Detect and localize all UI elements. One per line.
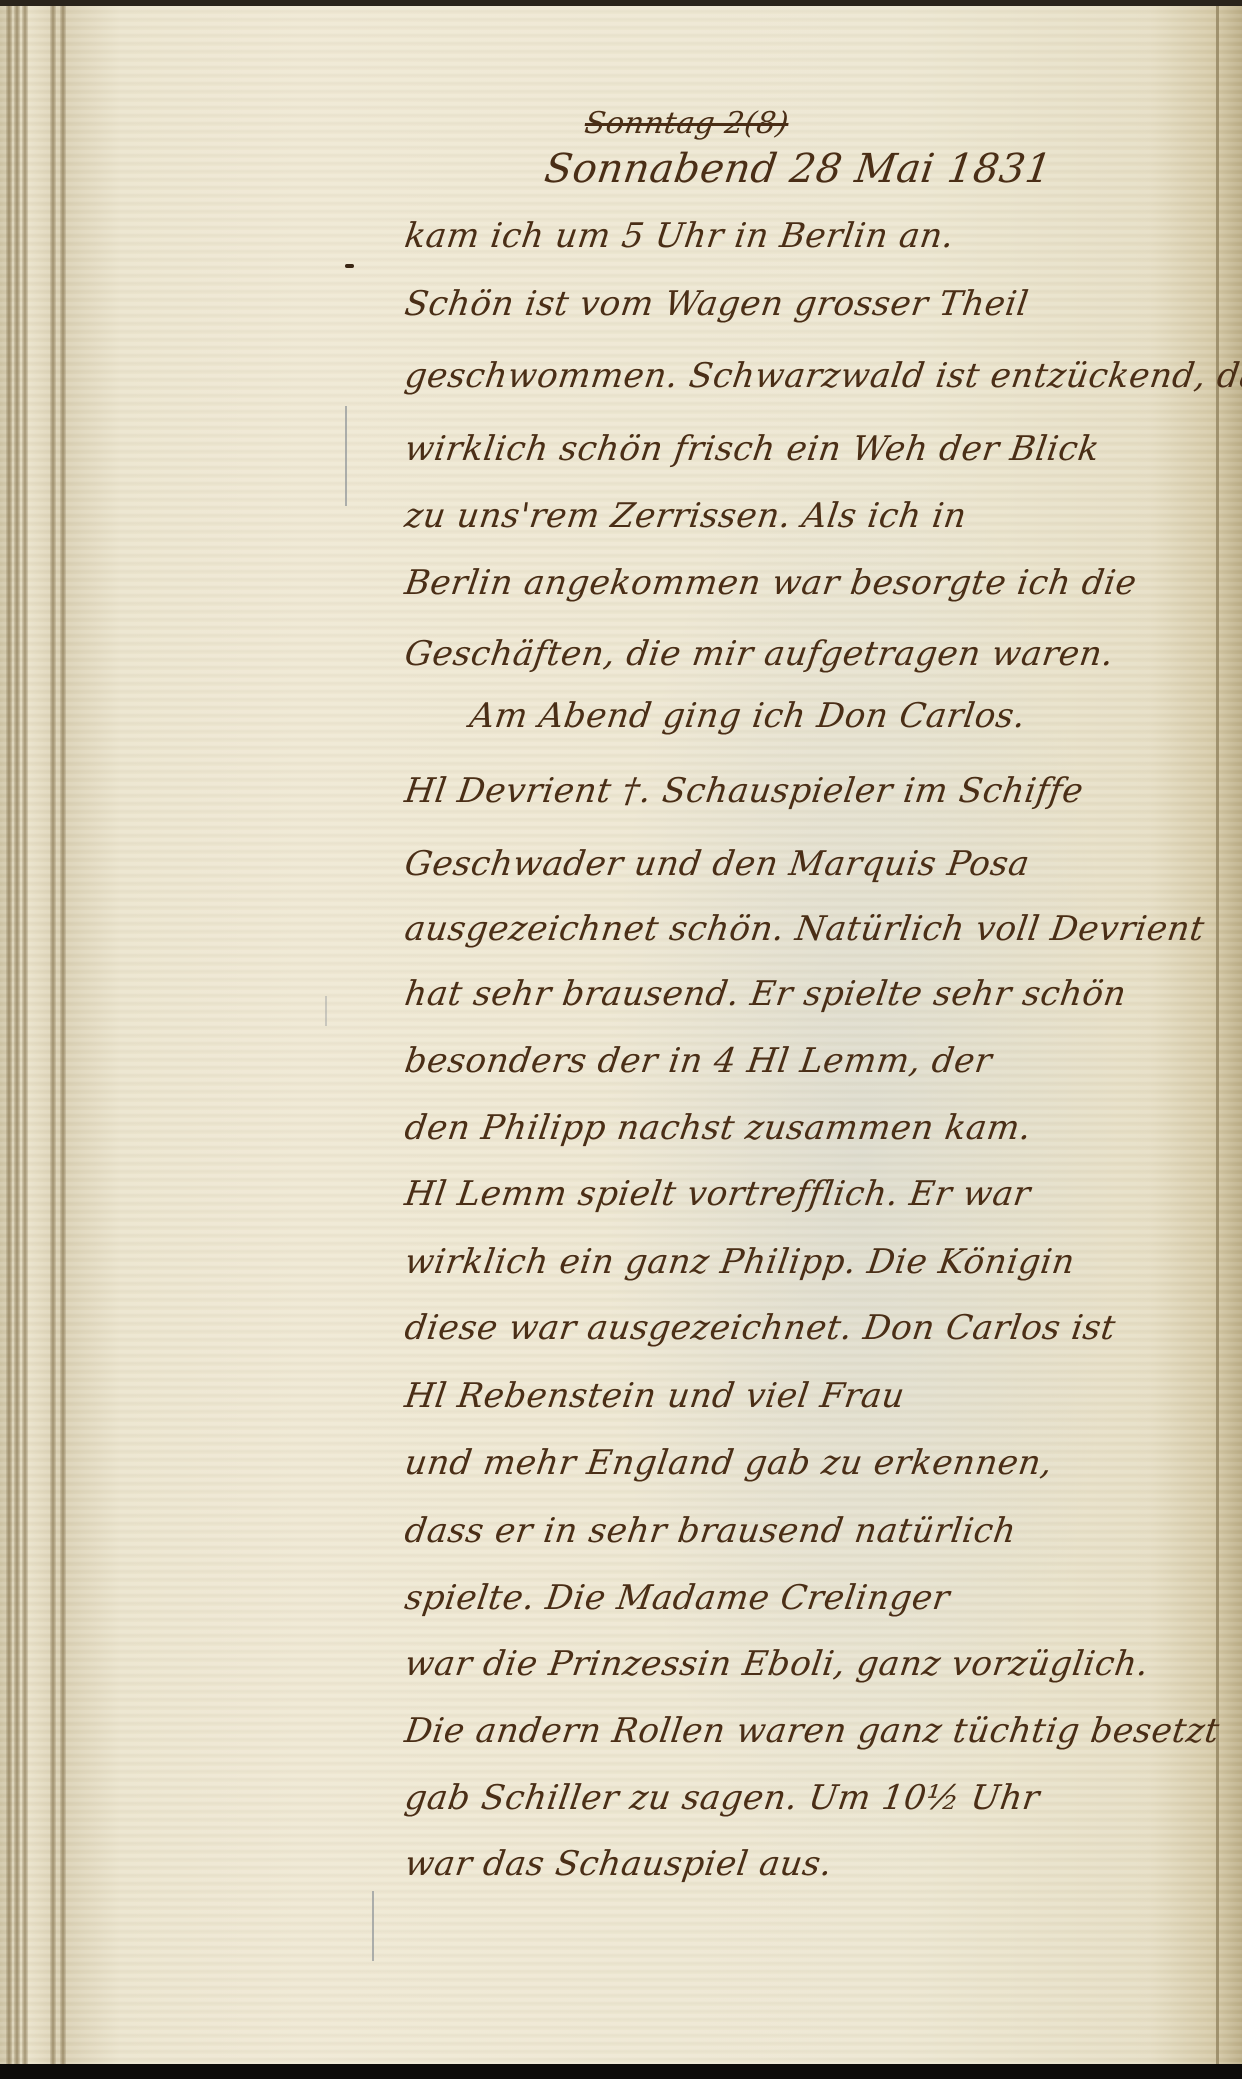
text-line: Hl Rebenstein und viel Frau (402, 1376, 907, 1416)
text-line: dass er in sehr brausend natürlich (402, 1511, 1019, 1551)
text-line: Die andern Rollen waren ganz tüchtig bes… (402, 1711, 1222, 1751)
struck-heading: Sonntag 2(8) (583, 106, 791, 141)
text-line: Hl Lemm spielt vortrefflich. Er war (402, 1174, 1033, 1214)
scan-bottom-border (0, 2064, 1242, 2079)
text-line: zu uns'rem Zerrissen. Als ich in (402, 496, 969, 536)
text-line: hat sehr brausend. Er spielte sehr schön (402, 974, 1129, 1014)
page-stack-edge (50, 6, 56, 2064)
pencil-margin-mark (345, 406, 347, 506)
text-line: war die Prinzessin Eboli, ganz vorzüglic… (402, 1644, 1151, 1684)
entry-date-heading: Sonnabend 28 Mai 1831 (542, 146, 1055, 192)
page-stack-edge (6, 6, 12, 2064)
text-line: Am Abend ging ich Don Carlos. (467, 696, 1028, 736)
text-line: kam ich um 5 Uhr in Berlin an. (402, 216, 957, 256)
text-line: Berlin angekommen war besorgte ich die (402, 563, 1139, 603)
text-line: Geschäften, die mir aufgetragen waren. (402, 634, 1116, 674)
text-line: ausgezeichnet schön. Natürlich voll Devr… (402, 909, 1207, 949)
text-line: wirklich ein ganz Philipp. Die Königin (402, 1242, 1077, 1282)
page-fold-line (1216, 6, 1219, 2064)
text-line: und mehr England gab zu erkennen, (402, 1443, 1055, 1483)
page-stack-edge (22, 6, 28, 2064)
page-stack-edge (60, 6, 66, 2064)
page-stack-edge (14, 6, 20, 2064)
text-line: diese war ausgezeichnet. Don Carlos ist (402, 1308, 1118, 1348)
text-line: wirklich schön frisch ein Weh der Blick (402, 429, 1102, 469)
text-line: war das Schauspiel aus. (402, 1844, 835, 1884)
manuscript-page: Sonntag 2(8) Sonnabend 28 Mai 1831 kam i… (0, 6, 1242, 2064)
pencil-margin-mark (325, 996, 327, 1026)
text-line: Hl Devrient †. Schauspieler im Schiffe (402, 771, 1086, 811)
text-line: gab Schiller zu sagen. Um 10½ Uhr (402, 1778, 1042, 1818)
text-line: spielte. Die Madame Crelinger (402, 1578, 952, 1618)
text-line: Geschwader und den Marquis Posa (402, 844, 1032, 884)
pencil-margin-mark (372, 1891, 374, 1961)
text-line: den Philipp nachst zusammen kam. (402, 1108, 1034, 1148)
margin-dash (345, 264, 354, 268)
text-line: Schön ist vom Wagen grosser Theil (402, 284, 1031, 324)
text-line: geschwommen. Schwarzwald ist entzückend,… (402, 356, 1242, 396)
text-line: besonders der in 4 Hl Lemm, der (402, 1041, 994, 1081)
